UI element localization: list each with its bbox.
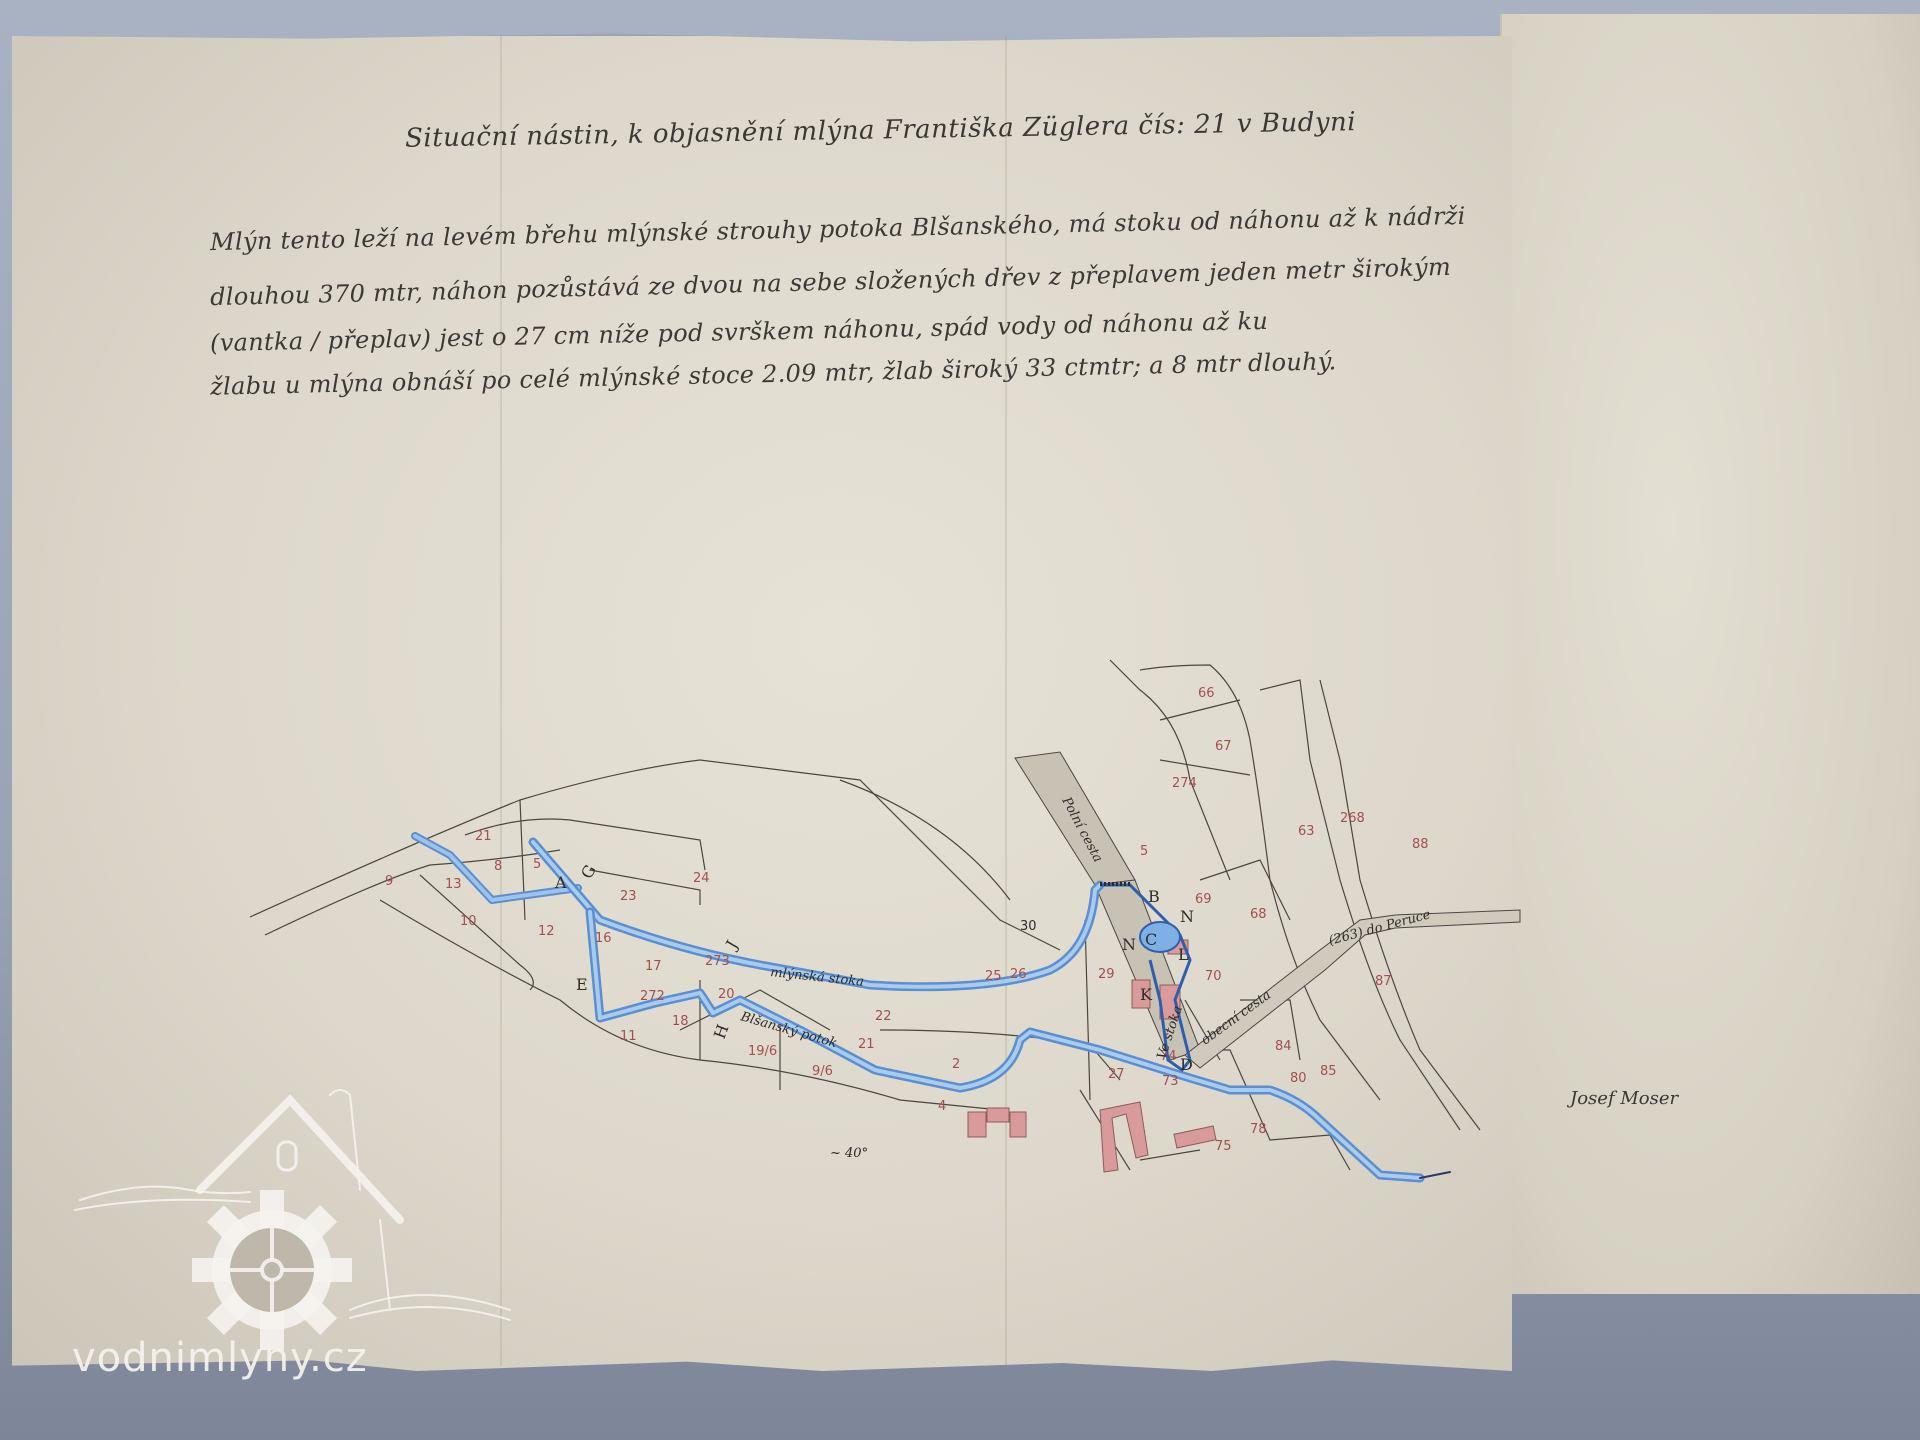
svg-text:C: C (1145, 930, 1157, 949)
svg-text:22: 22 (875, 1009, 892, 1024)
svg-text:8: 8 (494, 859, 502, 874)
svg-text:75: 75 (1215, 1139, 1232, 1154)
svg-text:78: 78 (1250, 1122, 1267, 1137)
svg-text:268: 268 (1340, 811, 1365, 826)
svg-text:66: 66 (1198, 686, 1215, 701)
svg-text:5: 5 (1140, 844, 1148, 859)
svg-text:4: 4 (938, 1099, 946, 1114)
svg-text:68: 68 (1250, 907, 1267, 922)
svg-text:A: A (554, 873, 567, 892)
svg-text:24: 24 (693, 871, 710, 886)
svg-text:N: N (1122, 935, 1136, 954)
svg-text:~ 40°: ~ 40° (830, 1146, 868, 1161)
svg-text:70: 70 (1205, 969, 1222, 984)
svg-text:9: 9 (385, 874, 393, 889)
svg-text:D: D (1180, 1055, 1193, 1074)
svg-text:11: 11 (620, 1029, 637, 1044)
svg-text:85: 85 (1320, 1064, 1337, 1079)
svg-text:K: K (1140, 985, 1153, 1004)
svg-text:16: 16 (595, 931, 612, 946)
svg-text:G: G (577, 861, 600, 882)
svg-text:27: 27 (1108, 1067, 1125, 1082)
svg-text:272: 272 (640, 989, 665, 1004)
svg-text:J: J (721, 937, 742, 954)
svg-text:13: 13 (445, 877, 462, 892)
svg-text:E: E (576, 975, 588, 994)
signature: Josef Moser (1570, 1088, 1678, 1109)
svg-text:mlýnská stoka: mlýnská stoka (770, 965, 865, 990)
svg-text:H: H (710, 1022, 733, 1042)
svg-text:20: 20 (718, 987, 735, 1002)
svg-text:12: 12 (538, 924, 555, 939)
photo-stage: Situační nástin, k objasnění mlýna Frant… (0, 0, 1920, 1440)
svg-text:26: 26 (1010, 967, 1027, 982)
svg-text:30: 30 (1020, 919, 1037, 934)
svg-text:80: 80 (1290, 1071, 1307, 1086)
parcel-numbers: 9 13 21 8 5 12 10 23 24 16 17 18 20 11 2… (385, 686, 1429, 1154)
svg-text:5: 5 (533, 857, 541, 872)
svg-text:23: 23 (620, 889, 637, 904)
map-water-labels: mlýnská stoka Blšanský potok Ve stoka Po… (738, 794, 1433, 1161)
mill-race (415, 836, 1100, 987)
svg-text:9/6: 9/6 (812, 1064, 833, 1079)
svg-text:25: 25 (985, 969, 1002, 984)
svg-text:N: N (1180, 907, 1194, 926)
svg-text:73: 73 (1162, 1074, 1179, 1089)
svg-text:10: 10 (460, 914, 477, 929)
watermark-text: vodnimlyny.cz (72, 1335, 368, 1381)
svg-text:88: 88 (1412, 837, 1429, 852)
svg-text:273: 273 (705, 954, 730, 969)
svg-text:2: 2 (952, 1057, 960, 1072)
svg-text:63: 63 (1298, 824, 1315, 839)
svg-text:L: L (1178, 945, 1189, 964)
svg-text:67: 67 (1215, 739, 1232, 754)
svg-text:21: 21 (858, 1037, 875, 1052)
svg-text:B: B (1148, 887, 1160, 906)
svg-text:69: 69 (1195, 892, 1212, 907)
svg-text:21: 21 (475, 829, 492, 844)
svg-text:84: 84 (1275, 1039, 1292, 1054)
svg-text:274: 274 (1172, 776, 1197, 791)
svg-text:87: 87 (1375, 974, 1392, 989)
svg-text:29: 29 (1098, 967, 1115, 982)
svg-text:18: 18 (672, 1014, 689, 1029)
svg-text:17: 17 (645, 959, 662, 974)
svg-text:19/6: 19/6 (748, 1044, 777, 1059)
